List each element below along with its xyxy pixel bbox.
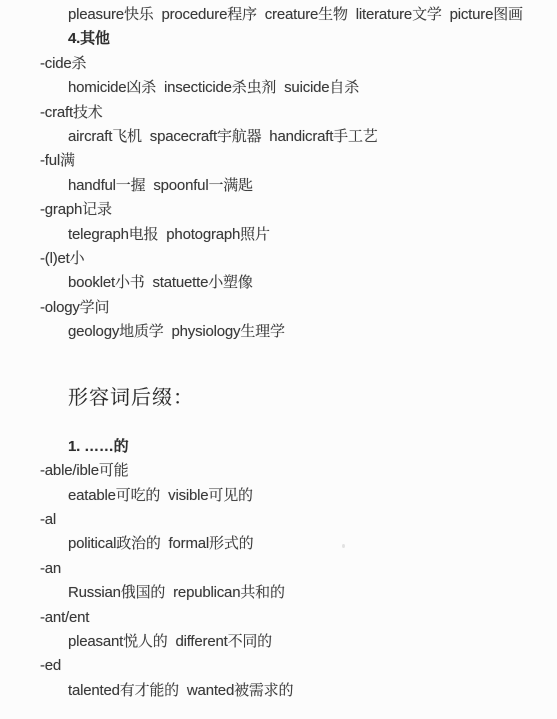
suffix-label: -(l)et小: [40, 247, 547, 271]
example-words-line: homicide凶杀 insecticide杀虫剂 suicide自杀: [68, 76, 547, 100]
example-words-line: political政治的 formal形式的: [68, 532, 547, 556]
suffix-label: -ed: [40, 654, 547, 678]
suffix-label: -graph记录: [40, 198, 547, 222]
example-words-line: booklet小书 statuette小塑像: [68, 271, 547, 295]
example-words-line: talented有才能的 wanted被需求的: [68, 679, 547, 703]
example-words-line: Russian俄国的 republican共和的: [68, 581, 547, 605]
scan-artifact-speck: [342, 544, 345, 548]
suffix-label: -ful满: [40, 149, 547, 173]
suffix-label: -cide杀: [40, 52, 547, 76]
suffix-label: -al: [40, 508, 547, 532]
scanned-page: pleasure快乐 procedure程序 creature生物 litera…: [0, 0, 557, 719]
bold-heading: 4.其他: [68, 27, 547, 51]
example-words-line: geology地质学 physiology生理学: [68, 320, 547, 344]
bold-heading: 1. ……的: [68, 435, 547, 459]
suffix-label: -ology学问: [40, 296, 547, 320]
section-title: 形容词后缀：: [68, 383, 547, 413]
example-words-line: aircraft飞机 spacecraft宇航器 handicraft手工艺: [68, 125, 547, 149]
example-words-line: handful一握 spoonful一满匙: [68, 174, 547, 198]
suffix-label: -craft技术: [40, 101, 547, 125]
suffix-label: -an: [40, 557, 547, 581]
example-words-line: eatable可吃的 visible可见的: [68, 484, 547, 508]
suffix-label: -able/ible可能: [40, 459, 547, 483]
example-words-line: pleasure快乐 procedure程序 creature生物 litera…: [68, 3, 547, 27]
suffix-label: -ant/ent: [40, 606, 547, 630]
example-words-line: telegraph电报 photograph照片: [68, 223, 547, 247]
example-words-line: pleasant悦人的 different不同的: [68, 630, 547, 654]
